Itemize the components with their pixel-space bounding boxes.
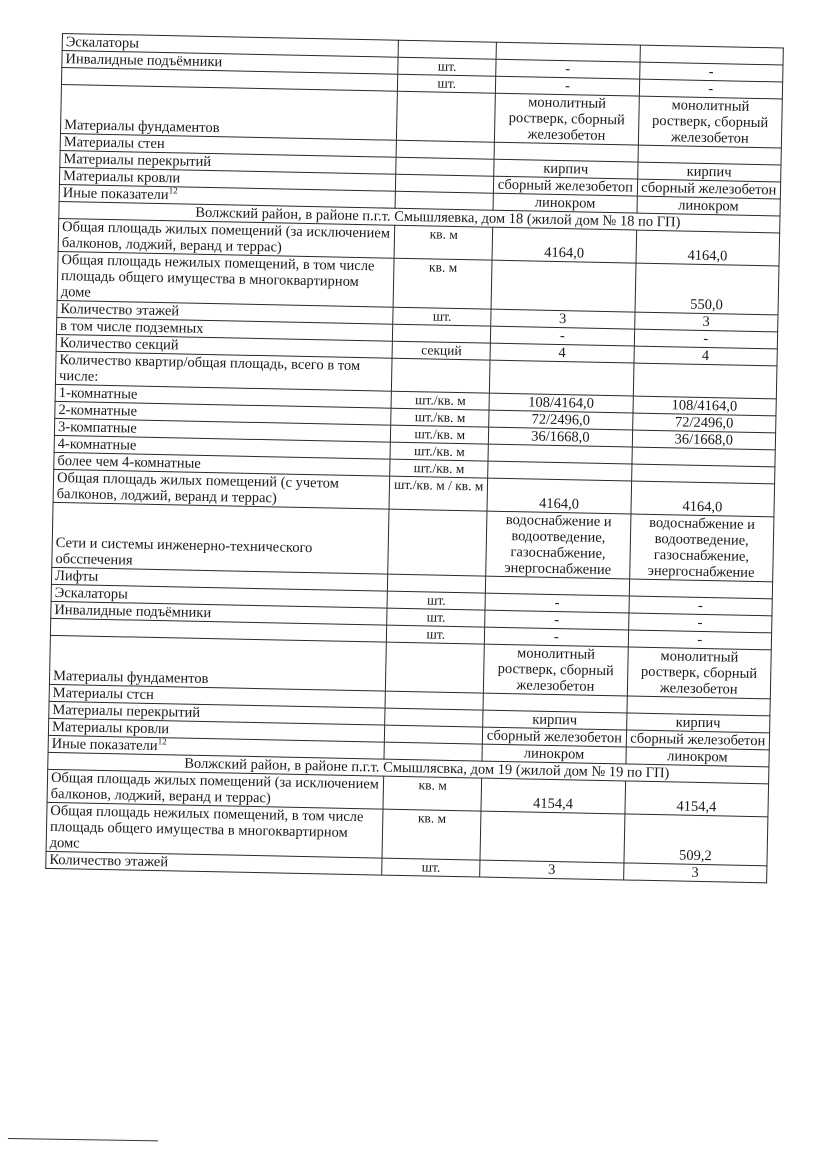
unit-cell: шт./кв. м (390, 459, 488, 478)
value-cell-2-text: 108/4164,0 (671, 397, 737, 414)
row-label-text: Количество этажей (60, 301, 179, 319)
value-cell-2-text: кирпич (687, 164, 732, 181)
footnote-separator (8, 1138, 158, 1141)
value-cell-2: сборный железобетон (637, 179, 781, 199)
unit-cell-text: шт. (433, 309, 452, 324)
value-cell-1: сборный железобетон (483, 727, 627, 747)
value-cell-2: водоснабжение и водоотведение, газоснабж… (629, 514, 774, 582)
unit-cell-text: кв. м (430, 226, 459, 242)
document-page: ЭскалаторыИнвалидные подъёмникишт.--шт.-… (0, 0, 832, 1169)
value-cell-1-text: линокром (535, 195, 596, 212)
value-cell-1-text: 4 (558, 345, 566, 361)
unit-cell (396, 174, 494, 193)
unit-cell: кв. м (393, 258, 492, 309)
value-cell-1: сборный железобетоп (494, 176, 638, 196)
value-cell-1-text: линокром (524, 745, 585, 762)
unit-cell-text: шт. (427, 609, 446, 624)
value-cell-2-text: монолитный ростверк, сборный железобетон (641, 648, 757, 698)
row-label-text: Общая площадь нежилых помещений, в том ч… (61, 252, 375, 301)
value-cell-1: монолитный ростверк, сборный железобетон (484, 644, 628, 696)
value-cell-2-text: 3 (691, 865, 699, 881)
value-cell-1: водоснабжение и водоотведение, газоснабж… (486, 511, 631, 579)
value-cell-2-text: линокром (678, 197, 739, 214)
value-cell-2-text: 4164,0 (687, 248, 727, 265)
unit-cell: шт./кв. м (391, 391, 489, 410)
unit-cell-text: кв. м (418, 810, 447, 826)
value-cell-2: сборный железобетон (626, 730, 770, 750)
value-cell-2-text: - (709, 64, 714, 80)
unit-cell (385, 691, 483, 710)
row-label-text: Количество квартир/общая площадь, всего … (59, 352, 360, 385)
unit-cell: шт. (393, 307, 491, 326)
value-cell-1 (480, 811, 624, 863)
row-label-text: Материалы фундаментов (53, 668, 209, 687)
value-cell-1-text: 4164,0 (539, 496, 579, 513)
row-label-text: Материалы перекрытий (63, 151, 211, 170)
unit-cell-text: шт./кв. м (414, 426, 465, 442)
row-label-text: Материалы стен (64, 134, 165, 152)
value-cell-2-text: 4 (702, 348, 710, 364)
row-label: Общая площадь нежилых помещений, в том ч… (57, 251, 394, 307)
value-cell-2-text: 3 (702, 314, 710, 330)
unit-cell-text: кв. м (418, 777, 447, 793)
value-cell-1-text: 72/2496,0 (531, 412, 590, 429)
unit-cell: шт. (387, 625, 485, 644)
value-cell-2-text: - (703, 331, 708, 347)
value-cell-2-text: 509,2 (679, 848, 712, 865)
value-cell-1: 3 (480, 860, 624, 880)
unit-cell-text: секций (421, 342, 462, 358)
value-cell-1-text: кирпич (543, 161, 588, 178)
row-label-text: Материалы фундаментов (64, 117, 220, 136)
table-body: ЭскалаторыИнвалидные подъёмникишт.--шт.-… (46, 34, 784, 883)
footnote-marker: 12 (158, 736, 167, 746)
value-cell-1-text: - (560, 328, 565, 344)
value-cell-1-text: - (554, 612, 559, 628)
value-cell-1-text: сборный железобетоп (498, 177, 633, 196)
row-label-text: Инвалидные подъёмники (54, 602, 211, 621)
row-label-text: Материалы перекрытий (52, 702, 200, 721)
unit-cell (396, 140, 494, 159)
value-cell-2-text: сборный железобетон (630, 731, 765, 750)
unit-cell (396, 157, 494, 176)
value-cell-1-text: водоснабжение и водоотведение, газоснабж… (504, 512, 612, 578)
row-label-text: Материалы стсн (53, 685, 154, 703)
value-cell-2-text: - (698, 598, 703, 614)
row-label-text: Материалы кровли (52, 719, 169, 737)
unit-cell (385, 708, 483, 727)
value-cell-2: 3 (623, 863, 767, 883)
unit-cell-text: шт./кв. м (414, 443, 465, 459)
row-label-text: более чем 4-комнатные (57, 453, 201, 472)
value-cell-1-text: монолитный ростверк, сборный железобетон (509, 94, 625, 144)
unit-cell-text: шт. (438, 59, 457, 74)
unit-cell: шт. (387, 608, 485, 627)
unit-cell-text: шт. (426, 626, 445, 641)
row-label-text: Количество этажей (49, 852, 168, 870)
row-label: Общая площадь нежилых помещений, в том ч… (46, 802, 383, 858)
value-cell-2-text: - (697, 632, 702, 648)
value-cell-1-text: кирпич (532, 712, 577, 729)
unit-cell-text: шт./кв. м (415, 392, 466, 408)
value-cell-1-text: 3 (559, 311, 567, 327)
row-label-text: Общая площадь жилых помещений (за исключ… (51, 770, 379, 806)
unit-cell: шт. (398, 74, 496, 93)
row-label: Материалы фундаментов (49, 635, 386, 691)
unit-cell (398, 40, 496, 59)
value-cell-1-text: 108/4164,0 (528, 394, 594, 411)
value-cell-1-text: 3 (548, 862, 556, 878)
unit-cell: кв. м (394, 225, 493, 260)
unit-cell: шт./кв. м (391, 425, 489, 444)
unit-cell-text: шт./кв. м (415, 409, 466, 425)
row-label-text: Инвалидные подъёмники (65, 51, 222, 70)
unit-cell: шт./кв. м / кв. м (389, 476, 488, 511)
value-cell-2-text: 550,0 (690, 297, 723, 314)
unit-cell (388, 574, 486, 593)
value-cell-1: 4164,0 (492, 227, 636, 263)
unit-cell (388, 509, 487, 576)
value-cell-2-text: - (698, 615, 703, 631)
row-label-text: Количество секций (60, 335, 179, 353)
value-cell-1-text: 4164,0 (544, 245, 584, 262)
row-label-text: Общая площадь жилых помещений (с учетом … (57, 470, 339, 506)
row-label-text: Сети и системы инженерно-технического об… (55, 535, 312, 569)
row-label-text: Общая площадь жилых помещений (за исключ… (62, 219, 390, 255)
row-label-text: Общая площадь нежилых помещений, в том ч… (50, 803, 364, 852)
value-cell-2-text: 36/1668,0 (674, 431, 733, 448)
value-cell-2 (633, 363, 777, 399)
value-cell-2-text: 4164,0 (682, 499, 722, 516)
value-cell-2: 509,2 (624, 814, 768, 866)
building-characteristics-table: ЭскалаторыИнвалидные подъёмникишт.--шт.-… (45, 33, 784, 883)
unit-cell: кв. м (383, 776, 482, 811)
row-label-text: в том числе подземных (60, 318, 204, 337)
row-label-text: Иные показатели (52, 736, 158, 754)
row-label-text: Эскалаторы (66, 34, 139, 51)
value-cell-2-text: - (708, 81, 713, 97)
row-label-text: 3-компатные (58, 419, 137, 437)
value-cell-2: монолитный ростверк, сборный железобетон (627, 647, 771, 699)
value-cell-1-text: 4154,4 (533, 796, 573, 813)
unit-cell (385, 725, 483, 744)
unit-cell: шт./кв. м (390, 442, 488, 461)
row-label-text: Материалы кровли (63, 168, 180, 186)
unit-cell (386, 642, 485, 693)
row-label-text: Эскалаторы (55, 585, 128, 602)
value-cell-1: 4164,0 (487, 478, 631, 514)
unit-cell (384, 742, 482, 761)
value-cell-2-text: сборный железобетон (641, 180, 776, 199)
unit-cell-text: шт. (427, 592, 446, 607)
value-cell-1 (491, 260, 635, 312)
value-cell-1: 4154,4 (481, 778, 625, 814)
value-cell-2-text: 4154,4 (676, 798, 716, 815)
value-cell-2-text: линокром (667, 748, 728, 765)
unit-cell: шт. (398, 57, 496, 76)
value-cell-2: 550,0 (635, 263, 779, 315)
unit-cell: кв. м (382, 809, 481, 860)
row-label-text: Иные показатели (63, 185, 169, 203)
row-label-text: Лифты (55, 568, 98, 585)
value-cell-2: 4164,0 (636, 230, 780, 266)
value-cell-1-text: - (565, 78, 570, 94)
value-cell-2-text: кирпич (675, 714, 720, 731)
row-label-text: 2-комнатные (58, 402, 137, 420)
value-cell-1-text: сборный железобетон (487, 728, 622, 747)
unit-cell: шт. (382, 858, 480, 877)
value-cell-2: монолитный ростверк, сборный железобетон (638, 96, 782, 148)
value-cell-1: монолитный ростверк, сборный железобетон (495, 93, 639, 145)
row-label: Материалы фундаментов (60, 84, 397, 140)
value-cell-1-text: - (554, 629, 559, 645)
unit-cell-text: шт. (422, 859, 441, 874)
row-label-text: 1-комнатные (59, 385, 138, 403)
value-cell-1-text: - (565, 61, 570, 77)
unit-cell (392, 358, 491, 393)
value-cell-1 (490, 360, 634, 396)
unit-cell (393, 324, 491, 343)
value-cell-1-text: 36/1668,0 (531, 428, 590, 445)
building-characteristics-table-wrapper: ЭскалаторыИнвалидные подъёмникишт.--шт.-… (45, 33, 784, 883)
value-cell-2: 4154,4 (625, 781, 769, 817)
value-cell-1-text: - (554, 595, 559, 611)
unit-cell-text: шт./кв. м (414, 460, 465, 476)
value-cell-2: 4164,0 (631, 481, 775, 517)
unit-cell-text: шт. (437, 76, 456, 91)
unit-cell: секций (392, 341, 490, 360)
value-cell-1-text: монолитный ростверк, сборный железобетон (498, 645, 614, 695)
unit-cell: шт. (387, 591, 485, 610)
unit-cell-text: шт./кв. м / кв. м (394, 477, 484, 494)
unit-cell-text: кв. м (429, 259, 458, 275)
row-label-text: 4-комнатные (58, 436, 137, 454)
value-cell-2-text: монолитный ростверк, сборный железобетон (652, 97, 768, 147)
unit-cell: шт./кв. м (391, 408, 489, 427)
unit-cell (395, 191, 493, 210)
footnote-marker: 12 (169, 185, 178, 195)
row-label: Сети и системы инженерно-технического об… (52, 502, 389, 574)
value-cell-2-text: водоснабжение и водоотведение, газоснабж… (648, 515, 756, 581)
unit-cell (397, 91, 496, 142)
value-cell-2-text: 72/2496,0 (675, 414, 734, 431)
